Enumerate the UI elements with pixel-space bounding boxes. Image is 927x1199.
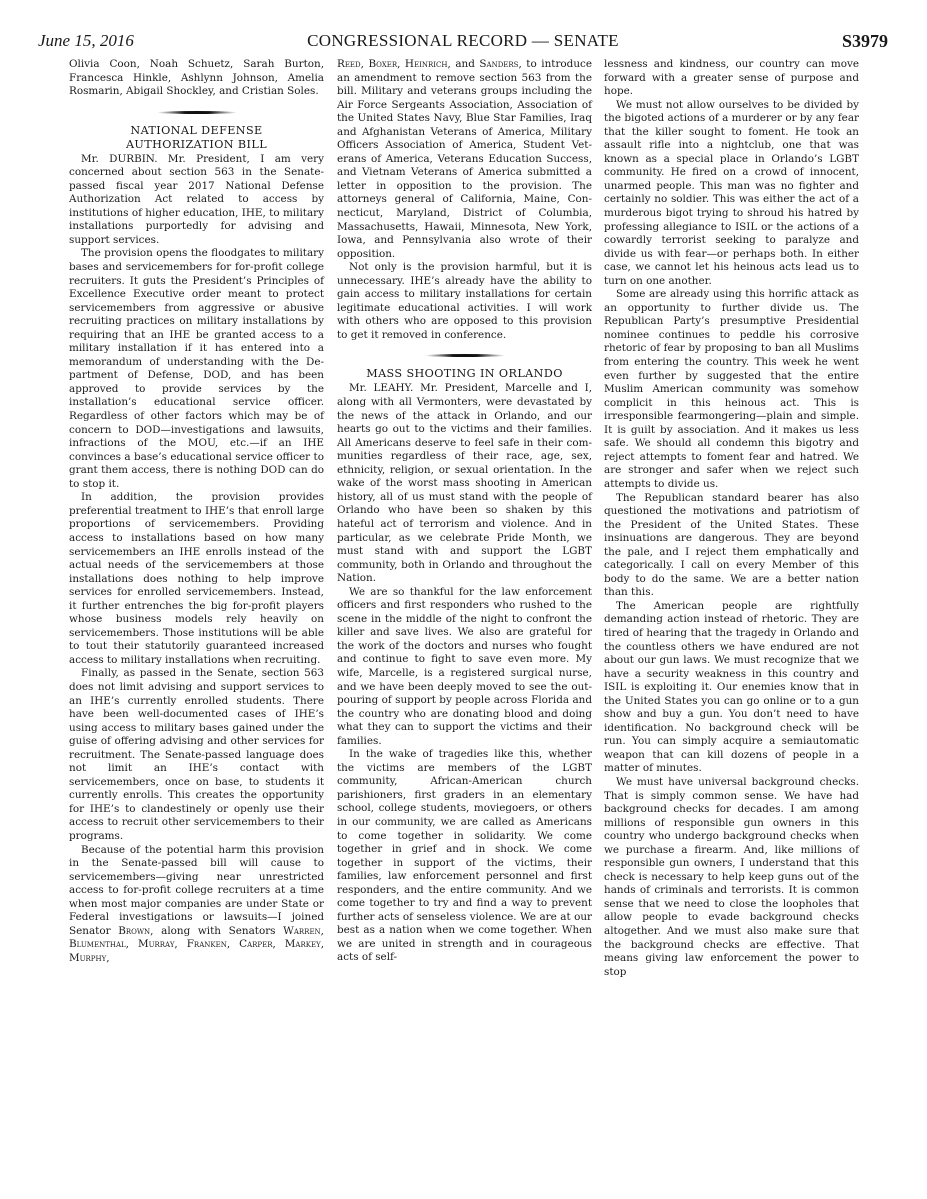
paragraph: We must not allow ourselves to be di­vid… — [604, 99, 859, 289]
paragraph: Because of the potential harm this provi… — [69, 844, 324, 966]
paragraph: We must have universal background checks… — [604, 776, 859, 979]
paragraph: The Republican standard bearer has also … — [604, 492, 859, 600]
paragraph: The American people are rightfully deman… — [604, 600, 859, 776]
carryover-text: Reed, Boxer, Heinrich, and Sanders, to i… — [337, 58, 592, 261]
paragraph: The provision opens the floodgates to mi… — [69, 247, 324, 491]
paragraph: Finally, as passed in the Senate, sec­ti… — [69, 667, 324, 843]
paragraph: We are so thankful for the law en­forcem… — [337, 586, 592, 749]
carryover-text: lessness and kindness, our country can m… — [604, 58, 859, 99]
paragraph: In the wake of tragedies like this, whet… — [337, 748, 592, 965]
congressional-record-page: June 15, 2016 CONGRESSIONAL RECORD — SEN… — [0, 0, 927, 1199]
paragraph: Mr. LEAHY. Mr. President, Marcelle and I… — [337, 382, 592, 585]
paragraph: Some are already using this horrific att… — [604, 288, 859, 491]
paragraph: In addition, the provision provides pref… — [69, 491, 324, 667]
senator-name: Sanders — [479, 58, 518, 70]
column-2: Reed, Boxer, Heinrich, and Sanders, to i… — [337, 58, 592, 965]
paragraph: Not only is the provision harmful, but i… — [337, 261, 592, 342]
paragraph-text: and — [451, 58, 480, 70]
section-separator — [157, 111, 237, 114]
section-separator — [425, 354, 505, 357]
paragraph: Mr. DURBIN. Mr. President, I am very con… — [69, 153, 324, 248]
page-number: S3979 — [842, 31, 888, 52]
paragraph-text: , along with Senators — [150, 925, 283, 937]
senator-list: Reed, Boxer, Heinrich, — [337, 58, 451, 70]
section-heading-ndaa: NATIONAL DEFENSE AUTHORIZATION BILL — [117, 124, 277, 152]
column-1: Olivia Coon, Noah Schuetz, Sarah Burton,… — [69, 58, 324, 965]
senator-name: Brown — [118, 925, 150, 937]
paragraph-text: Because of the potential harm this provi… — [69, 844, 324, 937]
paragraph-text: , to introduce an amendment to remove se… — [337, 58, 592, 260]
section-heading-orlando: MASS SHOOTING IN ORLANDO — [337, 367, 592, 381]
carryover-text: Olivia Coon, Noah Schuetz, Sarah Burton,… — [69, 58, 324, 99]
column-3: lessness and kindness, our country can m… — [604, 58, 859, 979]
running-head: June 15, 2016 CONGRESSIONAL RECORD — SEN… — [38, 31, 888, 53]
publication-title: CONGRESSIONAL RECORD — SENATE — [38, 31, 888, 51]
